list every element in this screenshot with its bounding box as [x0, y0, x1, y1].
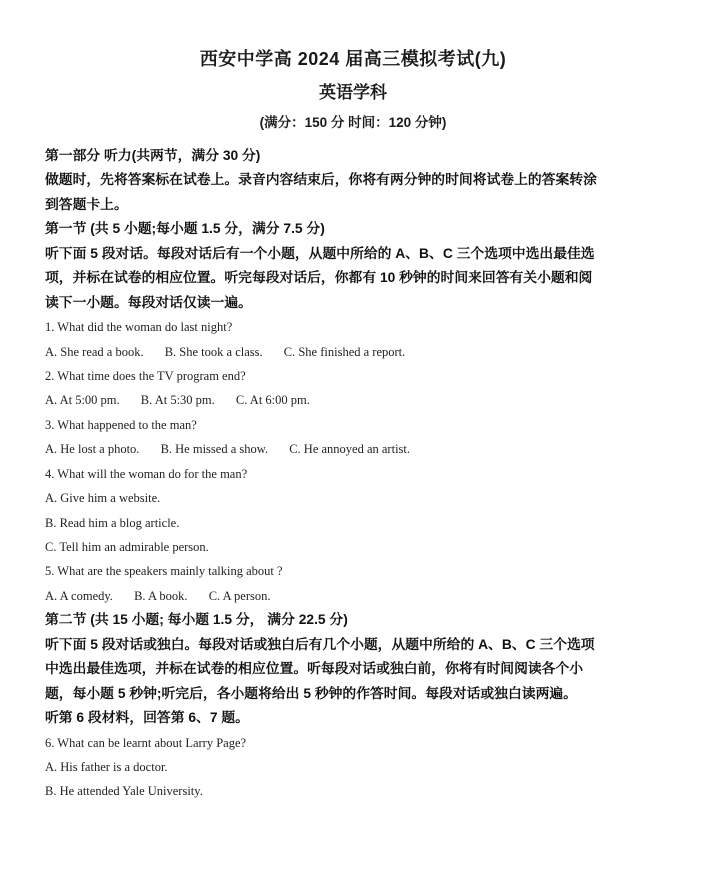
question-6-option-a: A. His father is a doctor.	[45, 755, 661, 779]
question-5-option-b: B. A book.	[134, 589, 188, 603]
section2-instruction-line-3: 题，每小题 5 秒钟;听完后，各小题将给出 5 秒钟的作答时间。每段对话或独白读…	[45, 682, 661, 706]
question-5-option-a: A. A comedy.	[45, 589, 113, 603]
exam-subject: 英语学科	[45, 80, 661, 106]
question-1-stem: 1. What did the woman do last night?	[45, 315, 661, 339]
part1-note-line-2: 到答题卡上。	[45, 193, 661, 217]
section2-heading: 第二节 (共 15 小题; 每小题 1.5 分， 满分 22.5 分)	[45, 608, 661, 632]
question-1-option-a: A. She read a book.	[45, 345, 144, 359]
question-3-option-c: C. He annoyed an artist.	[289, 442, 410, 456]
question-5-stem: 5. What are the speakers mainly talking …	[45, 559, 661, 583]
question-3-options: A. He lost a photo. B. He missed a show.…	[45, 437, 661, 461]
question-2-option-a: A. At 5:00 pm.	[45, 393, 120, 407]
question-1-option-b: B. She took a class.	[165, 345, 263, 359]
question-2-option-b: B. At 5:30 pm.	[141, 393, 215, 407]
question-4-option-b: B. Read him a blog article.	[45, 511, 661, 535]
exam-paper-page: 西安中学高 2024 届高三模拟考试(九) 英语学科 (满分：150 分 时间：…	[0, 0, 701, 877]
question-3-stem: 3. What happened to the man?	[45, 413, 661, 437]
section1-instruction-line-3: 读下一小题。每段对话仅读一遍。	[45, 291, 661, 315]
exam-paper-content: 西安中学高 2024 届高三模拟考试(九) 英语学科 (满分：150 分 时间：…	[0, 0, 701, 804]
question-5-option-c: C. A person.	[209, 589, 271, 603]
question-4-stem: 4. What will the woman do for the man?	[45, 462, 661, 486]
section1-instruction-line-1: 听下面 5 段对话。每段对话后有一个小题，从题中所给的 A、B、C 三个选项中选…	[45, 242, 661, 266]
question-6-option-b: B. He attended Yale University.	[45, 779, 661, 803]
question-3-option-a: A. He lost a photo.	[45, 442, 139, 456]
question-1-options: A. She read a book. B. She took a class.…	[45, 340, 661, 364]
question-4-option-c: C. Tell him an admirable person.	[45, 535, 661, 559]
part1-note-line-1: 做题时，先将答案标在试卷上。录音内容结束后，你将有两分钟的时间将试卷上的答案转涂	[45, 168, 661, 192]
question-3-option-b: B. He missed a show.	[161, 442, 269, 456]
section1-instruction-line-2: 项，并标在试卷的相应位置。听完每段对话后，你都有 10 秒钟的时间来回答有关小题…	[45, 266, 661, 290]
part1-heading: 第一部分 听力(共两节，满分 30 分)	[45, 144, 661, 168]
question-2-stem: 2. What time does the TV program end?	[45, 364, 661, 388]
question-2-options: A. At 5:00 pm. B. At 5:30 pm. C. At 6:00…	[45, 388, 661, 412]
question-1-option-c: C. She finished a report.	[284, 345, 406, 359]
section2-instruction-line-2: 中选出最佳选项，并标在试卷的相应位置。听每段对话或独白前，你将有时间阅读各个小	[45, 657, 661, 681]
question-4-option-a: A. Give him a website.	[45, 486, 661, 510]
question-2-option-c: C. At 6:00 pm.	[236, 393, 310, 407]
section2-instruction-line-1: 听下面 5 段对话或独白。每段对话或独白后有几个小题，从题中所给的 A、B、C …	[45, 633, 661, 657]
question-5-options: A. A comedy. B. A book. C. A person.	[45, 584, 661, 608]
section1-heading: 第一节 (共 5 小题;每小题 1.5 分，满分 7.5 分)	[45, 217, 661, 241]
section2-material-note: 听第 6 段材料，回答第 6、7 题。	[45, 706, 661, 730]
exam-title: 西安中学高 2024 届高三模拟考试(九)	[45, 46, 661, 72]
score-time-info: (满分：150 分 时间：120 分钟)	[45, 112, 661, 134]
question-6-stem: 6. What can be learnt about Larry Page?	[45, 731, 661, 755]
